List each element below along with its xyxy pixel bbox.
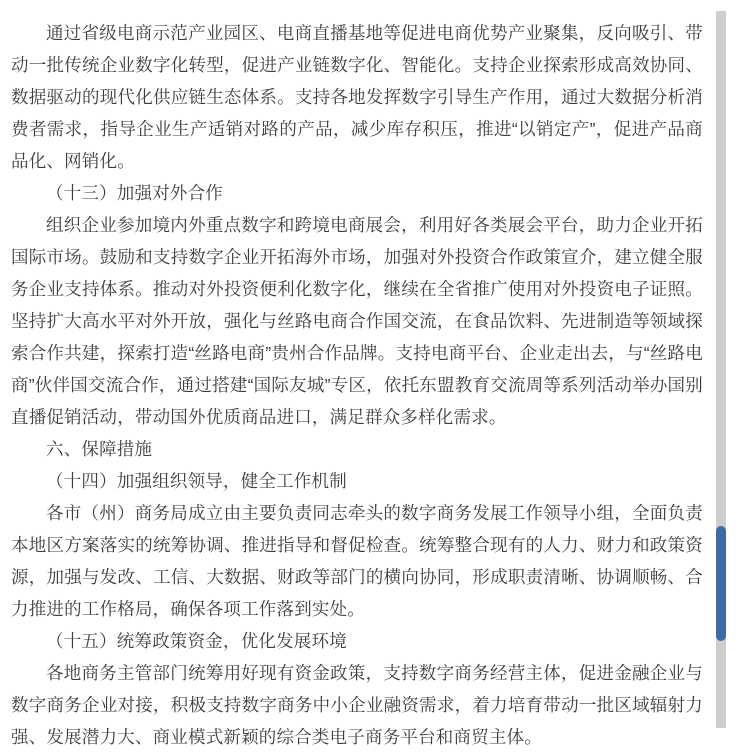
document-page: 通过省级电商示范产业园区、电商直播基地等促进电商优势产业聚集，反向吸引、带动一批… — [0, 0, 749, 736]
body-paragraph-ecommerce-clusters: 通过省级电商示范产业园区、电商直播基地等促进电商优势产业聚集，反向吸引、带动一批… — [11, 17, 703, 177]
document-content: 通过省级电商示范产业园区、电商直播基地等促进电商优势产业聚集，反向吸引、带动一批… — [11, 17, 703, 736]
section-heading-6-safeguard-measures: 六、保障措施 — [11, 433, 703, 465]
scrollbar-track[interactable] — [716, 11, 726, 728]
scrollbar-thumb[interactable] — [716, 526, 726, 641]
body-paragraph-foreign-cooperation: 组织企业参加境内外重点数字和跨境电商展会，利用好各类展会平台，助力企业开拓国际市… — [11, 209, 703, 433]
body-paragraph-funding-support: 各地商务主管部门统筹用好现有资金政策，支持数字商务经营主体，促进金融企业与数字商… — [11, 657, 703, 736]
section-heading-15-policy-funds: （十五）统筹政策资金，优化发展环境 — [11, 625, 703, 657]
body-paragraph-leadership-group: 各市（州）商务局成立由主要负责同志牵头的数字商务发展工作领导小组，全面负责本地区… — [11, 497, 703, 625]
section-heading-13-foreign-cooperation: （十三）加强对外合作 — [11, 177, 703, 209]
section-heading-14-organization-leadership: （十四）加强组织领导，健全工作机制 — [11, 465, 703, 497]
